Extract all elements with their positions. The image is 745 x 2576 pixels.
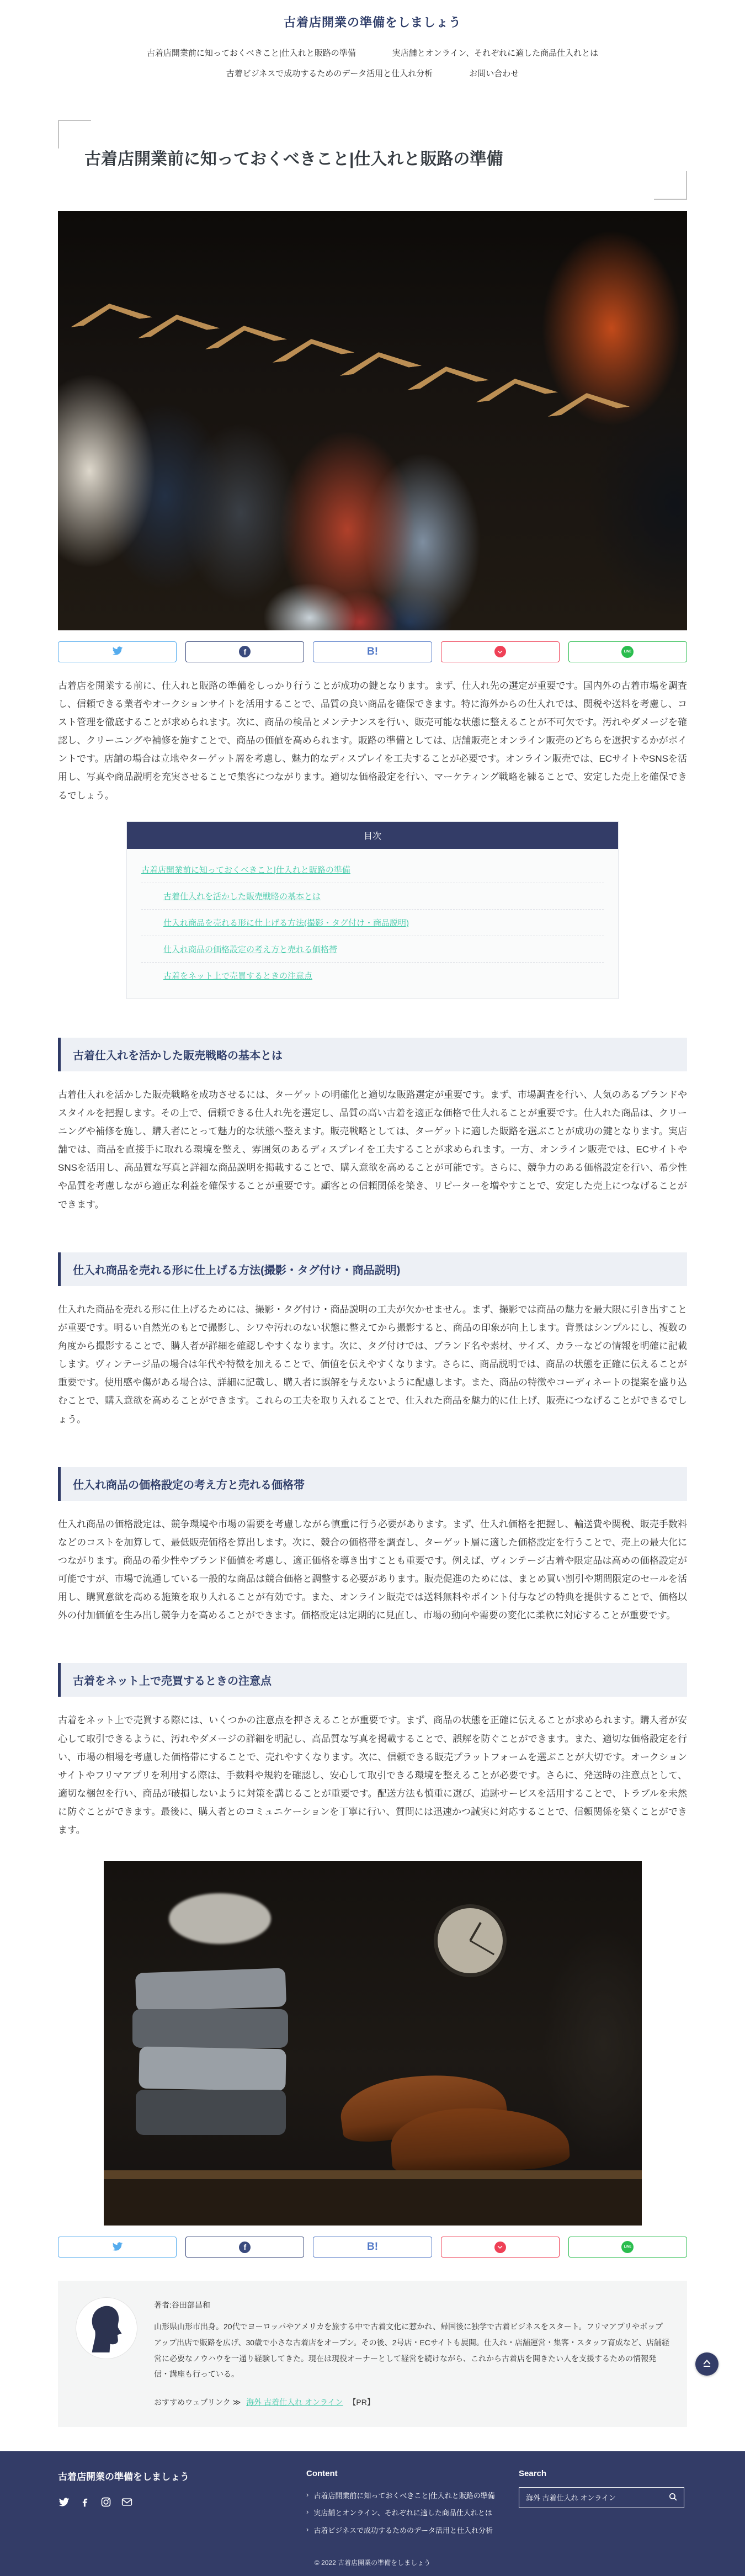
hanger-shape (135, 310, 220, 338)
author-box: 著者:谷田部昌和 山形県山形市出身。20代でヨーロッパやアメリカを旅する中で古着… (58, 2281, 687, 2426)
toc-item: 仕入れ商品の価格設定の考え方と売れる価格帯 (141, 936, 604, 963)
nav-link-store-online[interactable]: 実店舗とオンライン、それぞれに適した商品仕入れとは (392, 47, 598, 59)
footer-content-column: Content › 古着店開業前に知っておくべきこと|仕入れと販路の準備 › 実… (306, 2469, 519, 2540)
chevron-right-icon: › (306, 2490, 308, 2499)
hanger-shape (68, 299, 152, 327)
section-body-4: 古着をネット上で売買する際には、いくつかの注意点を押さえることが重要です。まず、… (58, 1711, 687, 1839)
line-icon: LINE (621, 646, 634, 658)
site-title: 古着店開業の準備をしましょう (0, 13, 745, 30)
site-footer: 古着店開業の準備をしましょう Content › 古着店開業前 (0, 2451, 745, 2576)
footer-link-row: › 古着店開業前に知っておくべきこと|仕入れと販路の準備 (306, 2487, 519, 2505)
twitter-icon[interactable] (58, 2496, 70, 2508)
hanger-shape (545, 388, 630, 417)
copyright-text: © 2022 古着店開業の準備をしましょう (0, 2539, 745, 2576)
author-name: 著者:谷田部昌和 (154, 2297, 669, 2313)
sweater-stack-shape (136, 2090, 286, 2135)
hero-image (58, 211, 687, 630)
twitter-share-button[interactable] (58, 641, 177, 662)
line-share-button[interactable]: LINE (568, 641, 687, 662)
facebook-icon[interactable] (79, 2496, 91, 2508)
line-icon: LINE (621, 2241, 634, 2253)
arrow-up-icon (702, 2358, 712, 2371)
instagram-icon[interactable] (100, 2496, 112, 2508)
footer-content-heading: Content (306, 2469, 519, 2478)
clothes-rack-shape (542, 1927, 642, 2159)
toc-link-2[interactable]: 古着仕入れを活かした販売戦略の基本とは (163, 892, 321, 901)
author-link-prefix: おすすめウェブリンク ≫ (154, 2398, 241, 2407)
toc-box: 目次 古着店開業前に知っておくべきこと|仕入れと販路の準備 古着仕入れを活かした… (126, 821, 619, 999)
toc-link-5[interactable]: 古着をネット上で売買するときの注意点 (163, 971, 312, 981)
nav-link-article[interactable]: 古着店開業前に知っておくべきこと|仕入れと販路の準備 (147, 47, 356, 59)
footer-link-row: › 古着ビジネスで成功するためのデータ活用と仕入れ分析 (306, 2522, 519, 2540)
toc-item: 仕入れ商品を売れる形に仕上げる方法(撮影・タグ付け・商品説明) (141, 910, 604, 936)
author-info: 著者:谷田部昌和 山形県山形市出身。20代でヨーロッパやアメリカを旅する中で古着… (154, 2297, 669, 2410)
scroll-to-top-button[interactable] (695, 2352, 719, 2376)
section-heading-3: 仕入れ商品の価格設定の考え方と売れる価格帯 (58, 1467, 687, 1501)
footer-search-column: Search (519, 2469, 687, 2540)
section-heading-1: 古着仕入れを活かした販売戦略の基本とは (58, 1038, 687, 1071)
facebook-share-button[interactable]: f (185, 2237, 304, 2258)
share-row-top: f B! LINE (58, 641, 687, 662)
article-image-2 (104, 1861, 642, 2226)
mail-icon[interactable] (121, 2496, 133, 2508)
section-body-1: 古着仕入れを活かした販売戦略を成功させるには、ターゲットの明確化と適切な販路選定… (58, 1086, 687, 1214)
search-button[interactable] (662, 2488, 684, 2508)
sweater-stack-shape (135, 1968, 286, 2012)
hanger-shape (203, 321, 287, 349)
hatena-share-button[interactable]: B! (313, 2237, 432, 2258)
twitter-share-button[interactable] (58, 2237, 177, 2258)
search-box (519, 2487, 684, 2508)
hatena-icon: B! (367, 646, 378, 658)
toc-link-3[interactable]: 仕入れ商品を売れる形に仕上げる方法(撮影・タグ付け・商品説明) (163, 918, 409, 928)
main-content: 古着店開業前に知っておくべきこと|仕入れと販路の準備 f B! (58, 120, 687, 2427)
pocket-icon (494, 2242, 506, 2253)
pocket-icon (494, 646, 506, 657)
nav-link-data[interactable]: 古着ビジネスで成功するためのデータ活用と仕入れ分析 (226, 67, 433, 79)
toc-item: 古着をネット上で売買するときの注意点 (141, 963, 604, 989)
title-corner-decoration (58, 120, 91, 148)
author-link-line: おすすめウェブリンク ≫ 海外 古着仕入れ オンライン 【PR】 (154, 2394, 669, 2410)
sweater-stack-shape (132, 2009, 288, 2048)
hatena-icon: B! (367, 2241, 378, 2253)
article-intro: 古着店を開業する前に、仕入れと販路の準備をしっかり行うことが成功の鍵となります。… (58, 677, 687, 805)
twitter-icon (112, 645, 123, 658)
facebook-icon: f (239, 2242, 251, 2253)
author-pr-link[interactable]: 海外 古着仕入れ オンライン (246, 2398, 343, 2407)
title-corner-decoration (654, 171, 687, 200)
hatena-share-button[interactable]: B! (313, 641, 432, 662)
search-icon (668, 2492, 678, 2503)
author-bio: 山形県山形市出身。20代でヨーロッパやアメリカを旅する中で古着文化に惹かれ、帰国… (154, 2319, 669, 2382)
search-input[interactable] (519, 2493, 662, 2501)
author-link-suffix: 【PR】 (348, 2398, 374, 2407)
footer-link-3[interactable]: 古着ビジネスで成功するためのデータ活用と仕入れ分析 (313, 2525, 493, 2536)
page-title: 古着店開業前に知っておくべきこと|仕入れと販路の準備 (84, 148, 661, 171)
footer-site-title: 古着店開業の準備をしましょう (58, 2469, 306, 2483)
chevron-right-icon: › (306, 2508, 308, 2516)
footer-link-2[interactable]: 実店舗とオンライン、それぞれに適した商品仕入れとは (313, 2508, 492, 2519)
sweater-stack-shape (139, 2047, 286, 2091)
section-body-3: 仕入れ商品の価格設定は、競争環境や市場の需要を考慮しながら慎重に行う必要がありま… (58, 1515, 687, 1625)
facebook-share-button[interactable]: f (185, 641, 304, 662)
toc-item: 古着仕入れを活かした販売戦略の基本とは (141, 883, 604, 910)
footer-search-heading: Search (519, 2469, 687, 2478)
toc-list: 古着店開業前に知っておくべきこと|仕入れと販路の準備 古着仕入れを活かした販売戦… (127, 849, 618, 998)
author-avatar (76, 2297, 137, 2359)
toc-link-4[interactable]: 仕入れ商品の価格設定の考え方と売れる価格帯 (163, 945, 337, 954)
post-title-block: 古着店開業前に知っておくべきこと|仕入れと販路の準備 (58, 120, 687, 200)
sneaker-shape (169, 1893, 271, 1944)
section-heading-4: 古着をネット上で売買するときの注意点 (58, 1663, 687, 1697)
pocket-share-button[interactable] (441, 2237, 560, 2258)
pocket-share-button[interactable] (441, 641, 560, 662)
person-silhouette-icon (76, 2298, 137, 2359)
line-share-button[interactable]: LINE (568, 2237, 687, 2258)
section-heading-2: 仕入れ商品を売れる形に仕上げる方法(撮影・タグ付け・商品説明) (58, 1252, 687, 1286)
footer-link-1[interactable]: 古着店開業前に知っておくべきこと|仕入れと販路の準備 (313, 2490, 494, 2501)
facebook-icon: f (239, 646, 251, 657)
hanger-shape (473, 374, 558, 402)
footer-social-icons (58, 2496, 306, 2508)
share-row-bottom: f B! LINE (58, 2237, 687, 2258)
footer-brand-column: 古着店開業の準備をしましょう (58, 2469, 306, 2540)
nav-link-contact[interactable]: お問い合わせ (469, 67, 519, 79)
toc-header: 目次 (127, 822, 618, 849)
chevron-right-icon: › (306, 2525, 308, 2533)
shelf-shape (104, 2170, 642, 2179)
global-nav: 古着店開業前に知っておくべきこと|仕入れと販路の準備 実店舗とオンライン、それぞ… (91, 47, 654, 79)
section-body-2: 仕入れた商品を売れる形に仕上げるためには、撮影・タグ付け・商品説明の工夫が欠かせ… (58, 1300, 687, 1428)
site-header: 古着店開業の準備をしましょう 古着店開業前に知っておくべきこと|仕入れと販路の準… (0, 0, 745, 90)
footer-link-row: › 実店舗とオンライン、それぞれに適した商品仕入れとは (306, 2504, 519, 2522)
clock-shape (434, 1904, 507, 1977)
twitter-icon (112, 2241, 123, 2254)
shelf-shape (104, 2179, 642, 2226)
toc-link-1[interactable]: 古着店開業前に知っておくべきこと|仕入れと販路の準備 (141, 865, 350, 875)
toc-item: 古着店開業前に知っておくべきこと|仕入れと販路の準備 (141, 857, 604, 883)
